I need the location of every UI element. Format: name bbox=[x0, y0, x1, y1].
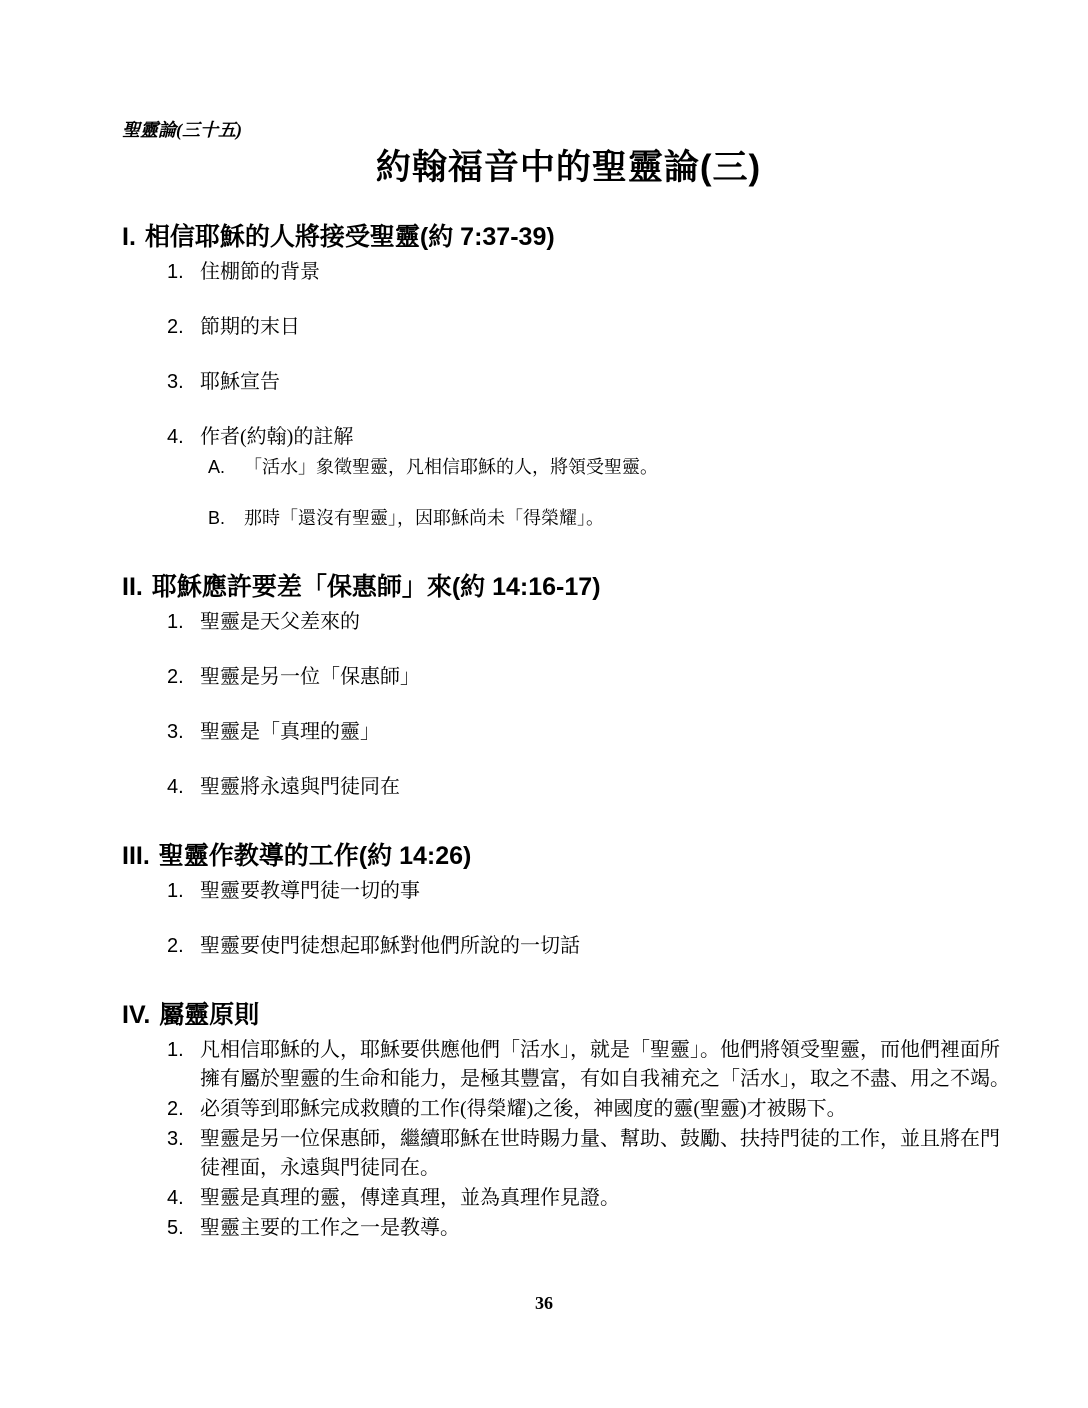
item-number: 1. bbox=[167, 608, 200, 636]
item-body: 耶穌宣告 bbox=[200, 368, 1015, 396]
section-heading: IV.屬靈原則 bbox=[122, 1000, 1015, 1030]
item-list: 1.住棚節的背景2.節期的末日3.耶穌宣告4.作者(約翰)的註解A.「活水」象徵… bbox=[167, 258, 1015, 532]
item-body: 聖靈是另一位保惠師，繼續耶穌在世時賜力量、幫助、鼓勵、扶持門徒的工作，並且將在門… bbox=[200, 1125, 1015, 1183]
section-ii: II.耶穌應許要差「保惠師」來(約 14:16-17)1.聖靈是天父差來的2.聖… bbox=[122, 572, 1015, 801]
list-item: 2.必須等到耶穌完成救贖的工作(得榮耀)之後，神國度的靈(聖靈)才被賜下。 bbox=[167, 1095, 1015, 1124]
list-item: 4.聖靈將永遠與門徒同在 bbox=[167, 773, 1015, 801]
item-number: 1. bbox=[167, 1036, 200, 1065]
item-number: 4. bbox=[167, 1184, 200, 1213]
item-text: 聖靈是真理的靈，傳達真理，並為真理作見證。 bbox=[200, 1184, 1015, 1213]
item-number: 5. bbox=[167, 1214, 200, 1243]
item-number: 2. bbox=[167, 1095, 200, 1124]
item-body: 聖靈是「真理的靈」 bbox=[200, 718, 1015, 746]
section-i: I.相信耶穌的人將接受聖靈(約 7:37-39)1.住棚節的背景2.節期的末日3… bbox=[122, 222, 1015, 532]
item-number: 3. bbox=[167, 368, 200, 396]
item-number: 3. bbox=[167, 718, 200, 746]
sub-list-item: B.那時「還沒有聖靈」，因耶穌尚未「得榮耀」。 bbox=[208, 504, 1015, 532]
list-item: 2.節期的末日 bbox=[167, 313, 1015, 341]
item-body: 聖靈要教導門徒一切的事 bbox=[200, 877, 1015, 905]
item-text: 住棚節的背景 bbox=[200, 258, 1015, 286]
item-text: 聖靈要使門徒想起耶穌對他們所說的一切話 bbox=[200, 932, 1015, 960]
item-body: 住棚節的背景 bbox=[200, 258, 1015, 286]
list-item: 5.聖靈主要的工作之一是教導。 bbox=[167, 1214, 1015, 1243]
item-text: 聖靈主要的工作之一是教導。 bbox=[200, 1214, 1015, 1243]
section-heading: III.聖靈作教導的工作(約 14:26) bbox=[122, 841, 1015, 871]
section-heading: I.相信耶穌的人將接受聖靈(約 7:37-39) bbox=[122, 222, 1015, 252]
item-body: 作者(約翰)的註解A.「活水」象徵聖靈，凡相信耶穌的人，將領受聖靈。B.那時「還… bbox=[200, 423, 1015, 532]
item-number: 3. bbox=[167, 1125, 200, 1154]
item-number: 4. bbox=[167, 423, 200, 451]
item-list: 1.凡相信耶穌的人，耶穌要供應他們「活水」，就是「聖靈」。他們將領受聖靈，而他們… bbox=[167, 1036, 1015, 1243]
item-number: 1. bbox=[167, 258, 200, 286]
subitem-text: 那時「還沒有聖靈」，因耶穌尚未「得榮耀」。 bbox=[244, 504, 1015, 532]
item-list: 1.聖靈是天父差來的2.聖靈是另一位「保惠師」3.聖靈是「真理的靈」4.聖靈將永… bbox=[167, 608, 1015, 801]
item-text: 聖靈是另一位「保惠師」 bbox=[200, 663, 1015, 691]
item-text: 作者(約翰)的註解 bbox=[200, 423, 1015, 451]
subitem-list: A.「活水」象徵聖靈，凡相信耶穌的人，將領受聖靈。B.那時「還沒有聖靈」，因耶穌… bbox=[208, 453, 1015, 532]
item-body: 聖靈主要的工作之一是教導。 bbox=[200, 1214, 1015, 1243]
list-item: 1.聖靈要教導門徒一切的事 bbox=[167, 877, 1015, 905]
subitem-letter: B. bbox=[208, 504, 244, 532]
list-item: 1.凡相信耶穌的人，耶穌要供應他們「活水」，就是「聖靈」。他們將領受聖靈，而他們… bbox=[167, 1036, 1015, 1094]
page-title: 約翰福音中的聖靈論(三) bbox=[122, 148, 1015, 188]
item-number: 1. bbox=[167, 877, 200, 905]
item-text: 聖靈是天父差來的 bbox=[200, 608, 1015, 636]
item-body: 凡相信耶穌的人，耶穌要供應他們「活水」，就是「聖靈」。他們將領受聖靈，而他們裡面… bbox=[200, 1036, 1015, 1094]
item-text: 聖靈是另一位保惠師，繼續耶穌在世時賜力量、幫助、鼓勵、扶持門徒的工作，並且將在門… bbox=[200, 1125, 1015, 1183]
section-iv: IV.屬靈原則1.凡相信耶穌的人，耶穌要供應他們「活水」，就是「聖靈」。他們將領… bbox=[122, 1000, 1015, 1243]
item-text: 必須等到耶穌完成救贖的工作(得榮耀)之後，神國度的靈(聖靈)才被賜下。 bbox=[200, 1095, 1015, 1124]
item-text: 聖靈將永遠與門徒同在 bbox=[200, 773, 1015, 801]
item-text: 凡相信耶穌的人，耶穌要供應他們「活水」，就是「聖靈」。他們將領受聖靈，而他們裡面… bbox=[200, 1036, 1015, 1094]
list-item: 4.聖靈是真理的靈，傳達真理，並為真理作見證。 bbox=[167, 1184, 1015, 1213]
item-number: 2. bbox=[167, 663, 200, 691]
sections: I.相信耶穌的人將接受聖靈(約 7:37-39)1.住棚節的背景2.節期的末日3… bbox=[122, 222, 1015, 1243]
section-heading-text: 聖靈作教導的工作(約 14:26) bbox=[159, 842, 472, 870]
list-item: 1.住棚節的背景 bbox=[167, 258, 1015, 286]
list-item: 2.聖靈是另一位「保惠師」 bbox=[167, 663, 1015, 691]
item-body: 必須等到耶穌完成救贖的工作(得榮耀)之後，神國度的靈(聖靈)才被賜下。 bbox=[200, 1095, 1015, 1124]
item-text: 耶穌宣告 bbox=[200, 368, 1015, 396]
item-body: 聖靈是天父差來的 bbox=[200, 608, 1015, 636]
section-numeral: IV. bbox=[122, 1000, 150, 1030]
page-number: 36 bbox=[0, 1293, 1088, 1314]
item-number: 2. bbox=[167, 313, 200, 341]
section-heading-text: 屬靈原則 bbox=[159, 1001, 259, 1029]
item-body: 聖靈要使門徒想起耶穌對他們所說的一切話 bbox=[200, 932, 1015, 960]
item-list: 1.聖靈要教導門徒一切的事2.聖靈要使門徒想起耶穌對他們所說的一切話 bbox=[167, 877, 1015, 960]
list-item: 3.聖靈是另一位保惠師，繼續耶穌在世時賜力量、幫助、鼓勵、扶持門徒的工作，並且將… bbox=[167, 1125, 1015, 1183]
section-heading: II.耶穌應許要差「保惠師」來(約 14:16-17) bbox=[122, 572, 1015, 602]
item-number: 4. bbox=[167, 773, 200, 801]
section-iii: III.聖靈作教導的工作(約 14:26)1.聖靈要教導門徒一切的事2.聖靈要使… bbox=[122, 841, 1015, 960]
section-numeral: III. bbox=[122, 841, 150, 871]
item-body: 聖靈是真理的靈，傳達真理，並為真理作見證。 bbox=[200, 1184, 1015, 1213]
document-page: 聖靈論(三十五) 約翰福音中的聖靈論(三) I.相信耶穌的人將接受聖靈(約 7:… bbox=[0, 0, 1088, 1408]
item-body: 聖靈將永遠與門徒同在 bbox=[200, 773, 1015, 801]
section-numeral: I. bbox=[122, 222, 136, 252]
list-item: 3.聖靈是「真理的靈」 bbox=[167, 718, 1015, 746]
section-heading-text: 相信耶穌的人將接受聖靈(約 7:37-39) bbox=[145, 223, 555, 251]
section-numeral: II. bbox=[122, 572, 143, 602]
header-note: 聖靈論(三十五) bbox=[122, 119, 1015, 141]
list-item: 4.作者(約翰)的註解A.「活水」象徵聖靈，凡相信耶穌的人，將領受聖靈。B.那時… bbox=[167, 423, 1015, 532]
item-body: 節期的末日 bbox=[200, 313, 1015, 341]
subitem-text: 「活水」象徵聖靈，凡相信耶穌的人，將領受聖靈。 bbox=[244, 453, 1015, 481]
item-number: 2. bbox=[167, 932, 200, 960]
subitem-letter: A. bbox=[208, 453, 244, 481]
sub-list-item: A.「活水」象徵聖靈，凡相信耶穌的人，將領受聖靈。 bbox=[208, 453, 1015, 481]
item-text: 聖靈是「真理的靈」 bbox=[200, 718, 1015, 746]
list-item: 3.耶穌宣告 bbox=[167, 368, 1015, 396]
list-item: 1.聖靈是天父差來的 bbox=[167, 608, 1015, 636]
item-body: 聖靈是另一位「保惠師」 bbox=[200, 663, 1015, 691]
item-text: 節期的末日 bbox=[200, 313, 1015, 341]
list-item: 2.聖靈要使門徒想起耶穌對他們所說的一切話 bbox=[167, 932, 1015, 960]
section-heading-text: 耶穌應許要差「保惠師」來(約 14:16-17) bbox=[152, 573, 601, 601]
item-text: 聖靈要教導門徒一切的事 bbox=[200, 877, 1015, 905]
